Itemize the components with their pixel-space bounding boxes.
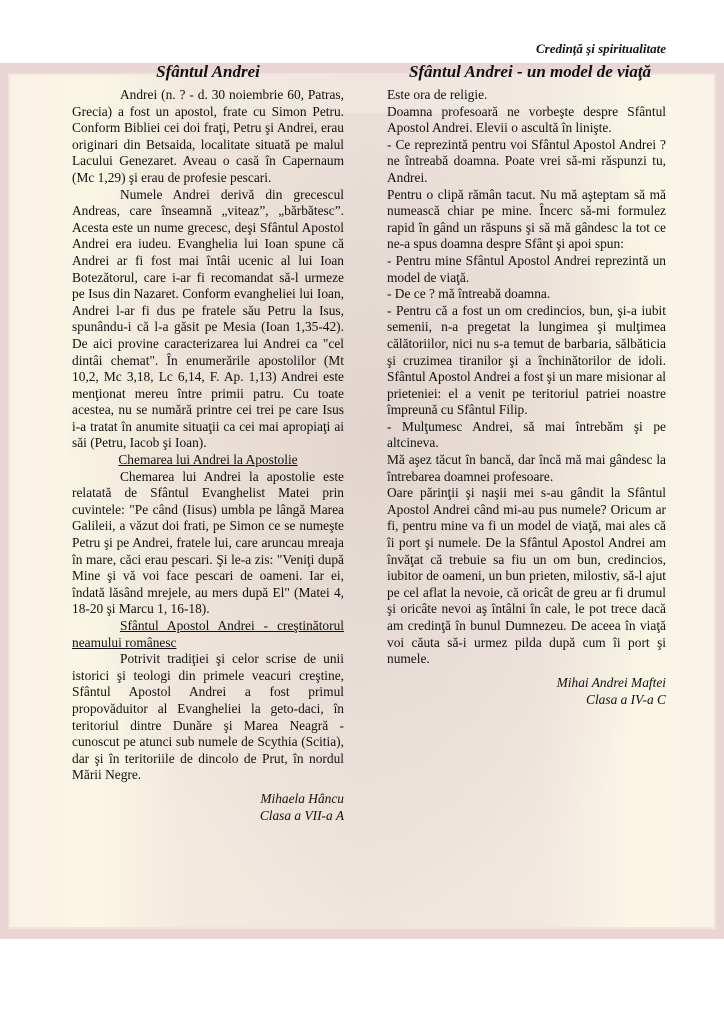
author-name: Mihaela Hâncu	[72, 790, 344, 807]
left-article-body: Andrei (n. ? - d. 30 noiembrie 60, Patra…	[72, 87, 344, 824]
right-article-body: Este ora de religie. Doamna profesoară n…	[387, 87, 666, 708]
left-article-title: Sfântul Andrei	[72, 62, 344, 82]
paragraph: Potrivit tradiţiei şi celor scrise de un…	[72, 651, 344, 784]
subheading: Chemarea lui Andrei la Apostolie	[72, 452, 344, 469]
paragraph: Chemarea lui Andrei la apostolie este re…	[72, 469, 344, 618]
author-class: Clasa a VII-a A	[72, 807, 344, 824]
paragraph: - De ce ? mă întreabă doamna.	[387, 286, 666, 303]
paragraph: Mă aşez tăcut în bancă, dar încă mă mai …	[387, 452, 666, 485]
author-class: Clasa a IV-a C	[387, 691, 666, 708]
signature: Mihai Andrei Maftei Clasa a IV-a C	[387, 674, 666, 708]
section-label: Credinţă şi spiritualitate	[536, 41, 666, 57]
paragraph: Pentru o clipă rămân tacut. Nu mă aştept…	[387, 187, 666, 253]
author-name: Mihai Andrei Maftei	[387, 674, 666, 691]
paragraph: Numele Andrei derivă din grecescul Andre…	[72, 187, 344, 453]
paragraph: Andrei (n. ? - d. 30 noiembrie 60, Patra…	[72, 87, 344, 187]
signature: Mihaela Hâncu Clasa a VII-a A	[72, 790, 344, 824]
paragraph: - Mulţumesc Andrei, să mai întrebăm şi p…	[387, 419, 666, 452]
subheading: Sfântul Apostol Andrei - creştinătorul n…	[72, 618, 344, 651]
paragraph: Oare părinţii şi naşii mei s-au gândit l…	[387, 485, 666, 668]
paragraph: Este ora de religie.	[387, 87, 666, 104]
paragraph: - Ce reprezintă pentru voi Sfântul Apost…	[387, 137, 666, 187]
right-article-title: Sfântul Andrei - un model de viaţă	[380, 62, 680, 82]
paragraph: - Pentru mine Sfântul Apostol Andrei rep…	[387, 253, 666, 286]
paragraph: Doamna profesoară ne vorbeşte despre Sfâ…	[387, 104, 666, 137]
paragraph: - Pentru că a fost un om credincios, bun…	[387, 303, 666, 419]
